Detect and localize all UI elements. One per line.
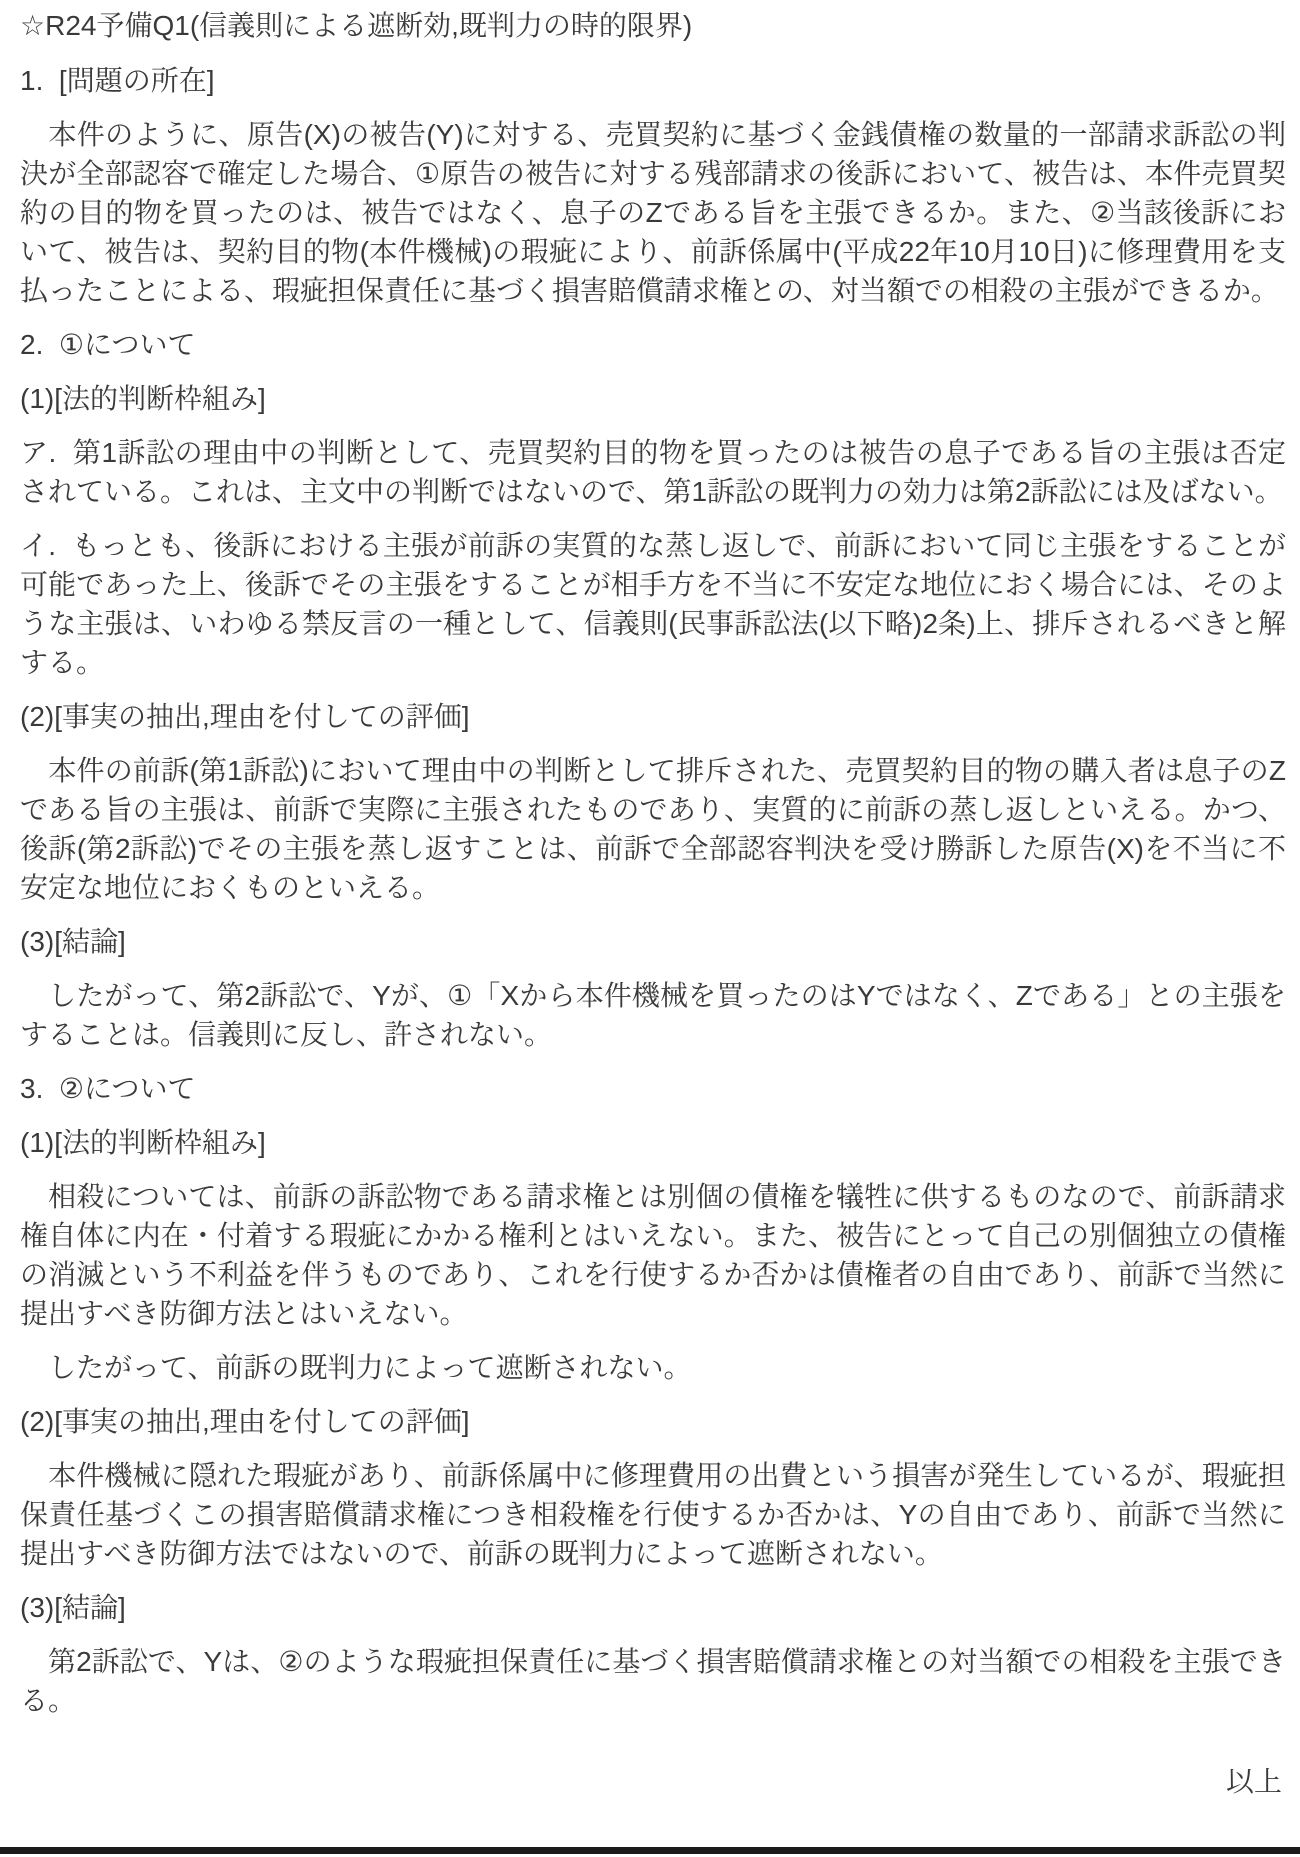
bottom-border-bar xyxy=(0,1847,1300,1854)
document-body: ☆R24予備Q1(信義則による遮断効,既判力の時的限界)1. [問題の所在] 本… xyxy=(20,6,1286,1720)
section-heading: 1. [問題の所在] xyxy=(20,61,1286,100)
paragraph: 第2訴訟で、Yは、②のような瑕疵担保責任に基づく損害賠償請求権との対当額での相殺… xyxy=(20,1642,1286,1720)
section-heading: (2)[事実の抽出,理由を付しての評価] xyxy=(20,1402,1286,1441)
paragraph: 相殺については、前訴の訴訟物である請求権とは別個の債権を犠牲に供するものなので、… xyxy=(20,1177,1286,1333)
paragraph: ア. 第1訴訟の理由中の判断として、売買契約目的物を買ったのは被告の息子である旨… xyxy=(20,433,1286,511)
paragraph: したがって、第2訴訟で、Yが、①「Xから本件機械を買ったのはYではなく、Zである… xyxy=(20,976,1286,1054)
section-heading: (2)[事実の抽出,理由を付しての評価] xyxy=(20,697,1286,736)
section-heading: 3. ②について xyxy=(20,1069,1286,1108)
section-heading: (1)[法的判断枠組み] xyxy=(20,379,1286,418)
paragraph: したがって、前訴の既判力によって遮断されない。 xyxy=(20,1348,1286,1387)
section-heading: (1)[法的判断枠組み] xyxy=(20,1123,1286,1162)
closing-text: 以上 xyxy=(20,1762,1286,1801)
document-page: ☆R24予備Q1(信義則による遮断効,既判力の時的限界)1. [問題の所在] 本… xyxy=(0,0,1300,1801)
paragraph: 本件機械に隠れた瑕疵があり、前訴係属中に修理費用の出費という損害が発生しているが… xyxy=(20,1456,1286,1573)
paragraph: イ. もっとも、後訴における主張が前訴の実質的な蒸し返しで、前訴において同じ主張… xyxy=(20,526,1286,682)
paragraph: 本件のように、原告(X)の被告(Y)に対する、売買契約に基づく金銭債権の数量的一… xyxy=(20,115,1286,310)
document-title: ☆R24予備Q1(信義則による遮断効,既判力の時的限界) xyxy=(20,6,1286,45)
paragraph: 本件の前訴(第1訴訟)において理由中の判断として排斥された、売買契約目的物の購入… xyxy=(20,751,1286,907)
section-heading: 2. ①について xyxy=(20,325,1286,364)
section-heading: (3)[結論] xyxy=(20,922,1286,961)
section-heading: (3)[結論] xyxy=(20,1588,1286,1627)
